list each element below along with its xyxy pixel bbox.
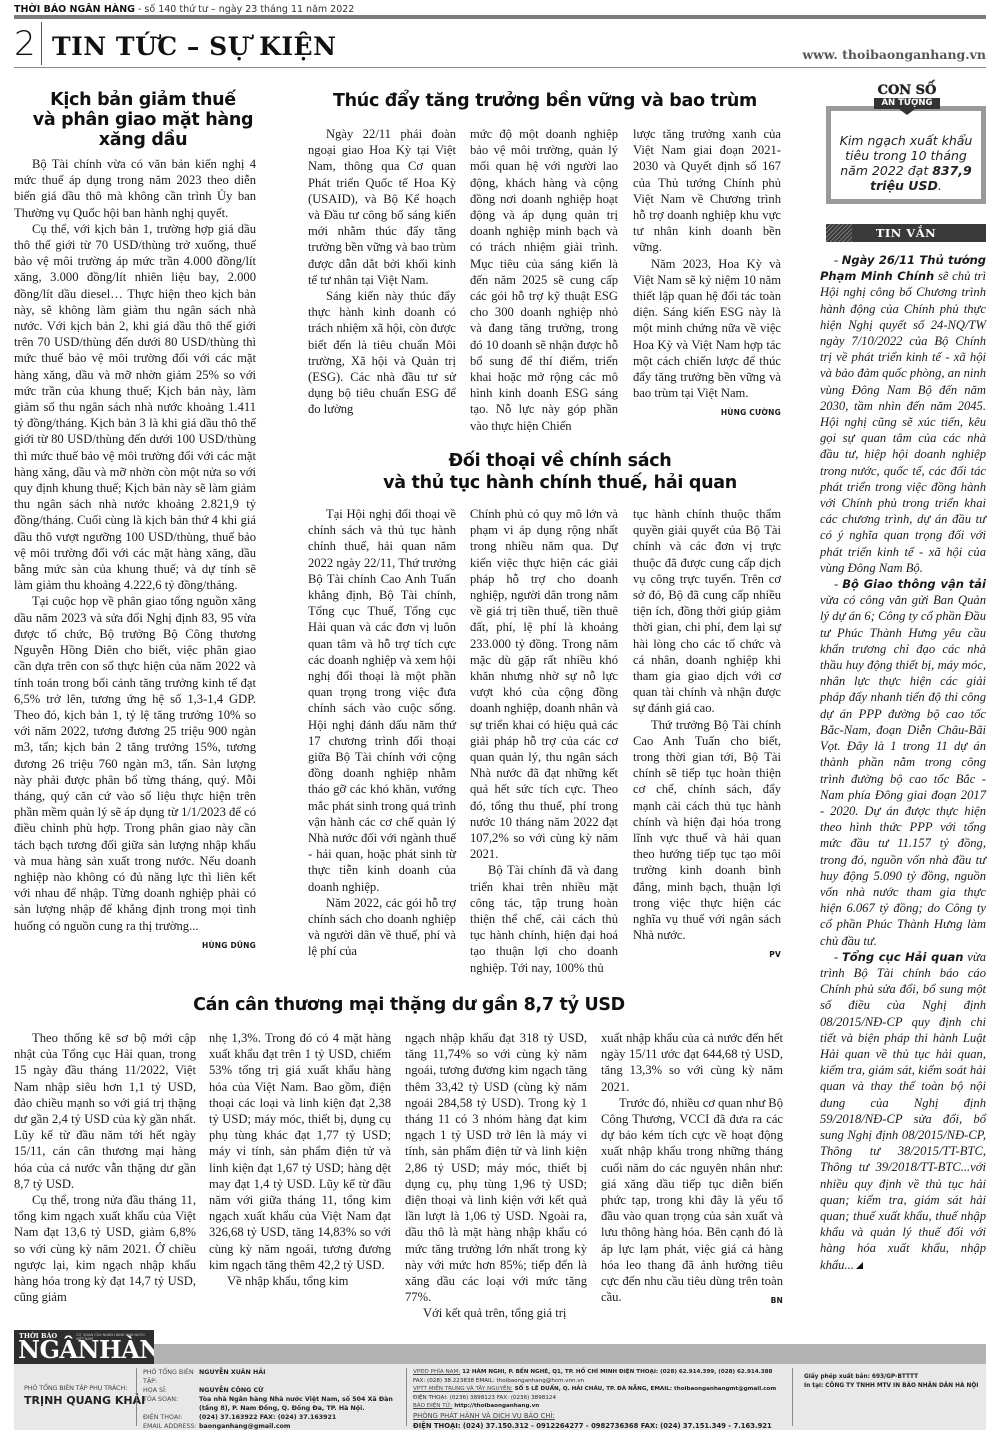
- con-so-frame: Kim ngạch xuất khẩu tiêu trong 10 tháng …: [826, 106, 986, 204]
- office-info: VPĐD PHÍA NAM: 12 HÀM NGHI, P. BẾN NGHÉ,…: [413, 1368, 783, 1431]
- paragraph: Cụ thể, với kịch bản 1, trường hợp giá d…: [14, 221, 256, 594]
- paragraph: Năm 2022, các gói hỗ trợ chính sách cho …: [308, 895, 456, 960]
- staff-label: HỌA SĨ:: [143, 1386, 199, 1395]
- staff-row: EMAIL ADDRESS:baonganhang@gmail.com: [143, 1422, 403, 1431]
- staff-value: (024) 37.163922 FAX: (024) 37.163921: [199, 1413, 336, 1422]
- byline: HÙNG DŨNG: [14, 938, 256, 954]
- article-trade-col-1: Theo thống kê sơ bộ mới cập nhật của Tổn…: [14, 1030, 196, 1305]
- publication-name: THỜI BÁO NGÂN HÀNG: [14, 4, 135, 15]
- license-number: Giấy phép xuất bản: 693/GP-BTTTT: [804, 1373, 978, 1382]
- article-trade-col-4: xuất nhập khẩu của cả nước đến hết ngày …: [601, 1030, 783, 1310]
- paragraph: Về nhập khẩu, tổng kim: [209, 1273, 391, 1289]
- section-title: TIN TỨC – SỰ KIỆN: [52, 32, 336, 61]
- paragraph: xuất nhập khẩu của cả nước đến hết ngày …: [601, 1030, 783, 1095]
- paragraph: nhẹ 1,3%. Trong đó có 4 mặt hàng xuất kh…: [209, 1030, 391, 1273]
- brief-lead: Tổng cục Hải quan: [842, 950, 964, 964]
- paragraph: ngạch nhập khẩu đạt 318 tỷ USD, tăng 11,…: [405, 1030, 587, 1305]
- web-label: BÁO ĐIỆN TỬ:: [413, 1403, 452, 1409]
- section-header: 2 TIN TỨC – SỰ KIỆN www. thoibaonganhang…: [14, 22, 986, 68]
- web-info: BÁO ĐIỆN TỬ: http://thoibaonganhang.vn: [413, 1402, 783, 1411]
- paragraph: mức độ một doanh nghiệp bảo vệ môi trườn…: [470, 126, 618, 434]
- paragraph: Bộ Tài chính đã và đang triển khai trên …: [470, 862, 618, 975]
- brief-body: vừa có công văn gửi Ban Quản lý dự án 6;…: [820, 593, 986, 947]
- headline-line: và thủ tục hành chính thuế, hải quan: [300, 472, 820, 494]
- issue-line: THỜI BÁO NGÂN HÀNG - số 140 thứ tư – ngà…: [14, 4, 354, 15]
- staff-label: TÒA SOẠN:: [143, 1395, 199, 1413]
- brief-body: vừa trình Bộ Tài chính báo cáo Chính phủ…: [820, 950, 986, 1272]
- paragraph: Với kết quả trên, tổng giá trị: [405, 1305, 587, 1321]
- central-office-value: SỐ 5 LÊ DUẨN, Q. HẢI CHÂU, TP. ĐÀ NẴNG, …: [513, 1386, 777, 1392]
- paragraph: Thứ trưởng Bộ Tài chính Cao Anh Tuấn cho…: [633, 717, 781, 944]
- south-office-label: VPĐD PHÍA NAM:: [413, 1369, 460, 1375]
- distribution-phone-value: ĐIỆN THOẠI: (024) 37.150.312 - 091226427…: [413, 1422, 772, 1430]
- article-growth-headline: Thúc đẩy tăng trưởng bền vững và bao trù…: [300, 90, 790, 112]
- end-mark-icon: [856, 1262, 863, 1269]
- footer-panel: PHÓ TỔNG BIÊN TẬP PHỤ TRÁCH: TRỊNH QUANG…: [14, 1364, 986, 1430]
- staff-row: HỌA SĨ:NGUYỄN CÔNG CỪ: [143, 1386, 403, 1395]
- south-office-fax: FAX: (028) 38.223838 EMAIL: thoibaonganh…: [413, 1377, 783, 1386]
- paragraph: Trước đó, nhiều cơ quan như Bộ Công Thươ…: [601, 1095, 783, 1306]
- con-so-text: Kim ngạch xuất khẩu tiêu trong 10 tháng …: [837, 133, 975, 193]
- tin-van-list: - Ngày 26/11 Thủ tướng Phạm Minh Chính s…: [820, 252, 986, 1273]
- website-link[interactable]: www. thoibaonganhang.vn: [802, 47, 986, 62]
- article-dialogue-headline: Đối thoại về chính sách và thủ tục hành …: [300, 450, 820, 494]
- article-dialogue-col-1: Tại Hội nghị đối thoại về chính sách và …: [308, 506, 456, 960]
- brief-body: sẽ chủ trì Hội nghị công bố Chương trình…: [820, 269, 986, 575]
- license-info: Giấy phép xuất bản: 693/GP-BTTTT In tại:…: [804, 1373, 978, 1391]
- byline: BN: [601, 1293, 783, 1309]
- staff-label: EMAIL ADDRESS:: [143, 1422, 199, 1431]
- paragraph: Năm 2023, Hoa Kỳ và Việt Nam sẽ kỷ niệm …: [633, 256, 781, 402]
- staff-value: Tòa nhà Ngân hàng Nhà nước Việt Nam, số …: [199, 1395, 403, 1413]
- headline-line: Kịch bản giảm thuế: [18, 90, 268, 110]
- divider: [792, 1368, 793, 1426]
- article-dialogue-col-2: Chính phủ có quy mô lớn và phạm vi áp dụ…: [470, 506, 618, 976]
- divider: [136, 1368, 137, 1426]
- footer-logo: THỜI BÁO CƠ QUAN CỦA NGÂN HÀNG NHÀ NƯỚC …: [14, 1330, 154, 1364]
- headline-line: Đối thoại về chính sách: [300, 450, 820, 472]
- central-office-phone: ĐIỆN THOẠI: (0236) 3898123 FAX: (0236) 3…: [413, 1394, 783, 1403]
- con-so-badge: CON SỐ ẤN TƯỢNG: [874, 84, 940, 115]
- staff-label: PHÓ TỔNG BIÊN TẬP:: [143, 1368, 199, 1386]
- footer-bar: [154, 1344, 986, 1364]
- brief-item: - Ngày 26/11 Thủ tướng Phạm Minh Chính s…: [820, 252, 986, 576]
- byline: PV: [633, 947, 781, 963]
- staff-row: TÒA SOẠN:Tòa nhà Ngân hàng Nhà nước Việt…: [143, 1395, 403, 1413]
- chief-editor-name: TRỊNH QUANG KHẢI: [24, 1394, 145, 1407]
- divider: [41, 22, 42, 65]
- printer-info: In tại: CÔNG TY TNHH MTV IN BÁO NHÂN DÂN…: [804, 1382, 978, 1391]
- article-fuel-body: Bộ Tài chính vừa có văn bản kiến nghị 4 …: [14, 156, 256, 954]
- south-office: VPĐD PHÍA NAM: 12 HÀM NGHI, P. BẾN NGHÉ,…: [413, 1368, 783, 1377]
- paragraph: Tại cuộc họp về phân giao tổng nguồn xăn…: [14, 593, 256, 933]
- headline-line: xăng dầu: [18, 130, 268, 150]
- top-rule: [14, 15, 986, 19]
- byline: HÙNG CƯỜNG: [633, 405, 781, 421]
- paragraph: Sáng kiến này thúc đẩy thực hành kinh do…: [308, 288, 456, 418]
- central-office-label: VPTT MIỀN TRUNG VÀ TÂY NGUYÊN:: [413, 1386, 513, 1392]
- article-dialogue-col-3: tục hành chính thuộc thẩm quyền giải quy…: [633, 506, 781, 964]
- staff-row: ĐIỆN THOẠI:(024) 37.163922 FAX: (024) 37…: [143, 1413, 403, 1422]
- paragraph: Bộ Tài chính vừa có văn bản kiến nghị 4 …: [14, 156, 256, 221]
- brief-lead: Bộ Giao thông vận tải: [842, 577, 986, 591]
- paragraph: tục hành chính thuộc thẩm quyền giải quy…: [633, 506, 781, 717]
- paragraph: Ngày 22/11 phái đoàn ngoại giao Hoa Kỳ t…: [308, 126, 456, 288]
- article-growth-col-2: mức độ một doanh nghiệp bảo vệ môi trườn…: [470, 126, 618, 434]
- divider: [406, 1368, 407, 1426]
- web-link[interactable]: http://thoibaonganhang.vn: [452, 1403, 539, 1409]
- paragraph: Tại Hội nghị đối thoại về chính sách và …: [308, 506, 456, 895]
- article-trade-col-3: ngạch nhập khẩu đạt 318 tỷ USD, tăng 11,…: [405, 1030, 587, 1322]
- staff-value: NGUYỄN XUÂN HẢI: [199, 1368, 265, 1386]
- staff-value: NGUYỄN CÔNG CỪ: [199, 1386, 263, 1395]
- chief-editor-label: PHÓ TỔNG BIÊN TẬP PHỤ TRÁCH:: [24, 1384, 127, 1392]
- badge-pointer-icon: [899, 109, 915, 115]
- headline-line: và phân giao mặt hàng: [18, 110, 268, 130]
- paragraph: Cụ thể, trong nửa đầu tháng 11, tổng kim…: [14, 1192, 196, 1305]
- article-trade-col-2: nhẹ 1,3%. Trong đó có 4 mặt hàng xuất kh…: [209, 1030, 391, 1289]
- brief-item: - Tổng cục Hải quan vừa trình Bộ Tài chí…: [820, 949, 986, 1273]
- tin-van-label: TIN VẮN: [826, 226, 986, 240]
- page-number: 2: [14, 26, 36, 62]
- article-growth-col-1: Ngày 22/11 phái đoàn ngoại giao Hoa Kỳ t…: [308, 126, 456, 418]
- email-link[interactable]: baonganhang@gmail.com: [199, 1422, 290, 1431]
- article-trade-headline: Cán cân thương mại thặng dư gần 8,7 tỷ U…: [14, 994, 804, 1016]
- distribution-label: PHÒNG PHÁT HÀNH VÀ DỊCH VỤ BÁO CHÍ:: [413, 1411, 783, 1421]
- paragraph: Theo thống kê sơ bộ mới cập nhật của Tổn…: [14, 1030, 196, 1192]
- badge-top: CON SỐ: [874, 84, 940, 97]
- staff-list: PHÓ TỔNG BIÊN TẬP:NGUYỄN XUÂN HẢI HỌA SĨ…: [143, 1368, 403, 1431]
- con-so-text-post: .: [938, 178, 942, 193]
- tin-van-header: TIN VẮN: [826, 224, 986, 242]
- distribution-phone: ĐIỆN THOẠI: (024) 37.150.312 - 091226427…: [413, 1421, 783, 1431]
- badge-bottom: ẤN TƯỢNG: [874, 98, 940, 109]
- staff-row: PHÓ TỔNG BIÊN TẬP:NGUYỄN XUÂN HẢI: [143, 1368, 403, 1386]
- issue-info: - số 140 thứ tư – ngày 23 tháng 11 năm 2…: [135, 4, 354, 15]
- article-fuel-headline: Kịch bản giảm thuế và phân giao mặt hàng…: [18, 90, 268, 150]
- paragraph: lược tăng trưởng xanh của Việt Nam giai …: [633, 126, 781, 256]
- article-growth-col-3: lược tăng trưởng xanh của Việt Nam giai …: [633, 126, 781, 422]
- brief-item: - Bộ Giao thông vận tải vừa có công văn …: [820, 576, 986, 949]
- central-office: VPTT MIỀN TRUNG VÀ TÂY NGUYÊN: SỐ 5 LÊ D…: [413, 1385, 783, 1394]
- con-so-box: Kim ngạch xuất khẩu tiêu trong 10 tháng …: [826, 84, 986, 204]
- paragraph: Chính phủ có quy mô lớn và phạm vi áp dụ…: [470, 506, 618, 862]
- staff-label: ĐIỆN THOẠI:: [143, 1413, 199, 1422]
- south-office-value: 12 HÀM NGHI, P. BẾN NGHÉ, Q1, TP. HỒ CHÍ…: [460, 1369, 772, 1375]
